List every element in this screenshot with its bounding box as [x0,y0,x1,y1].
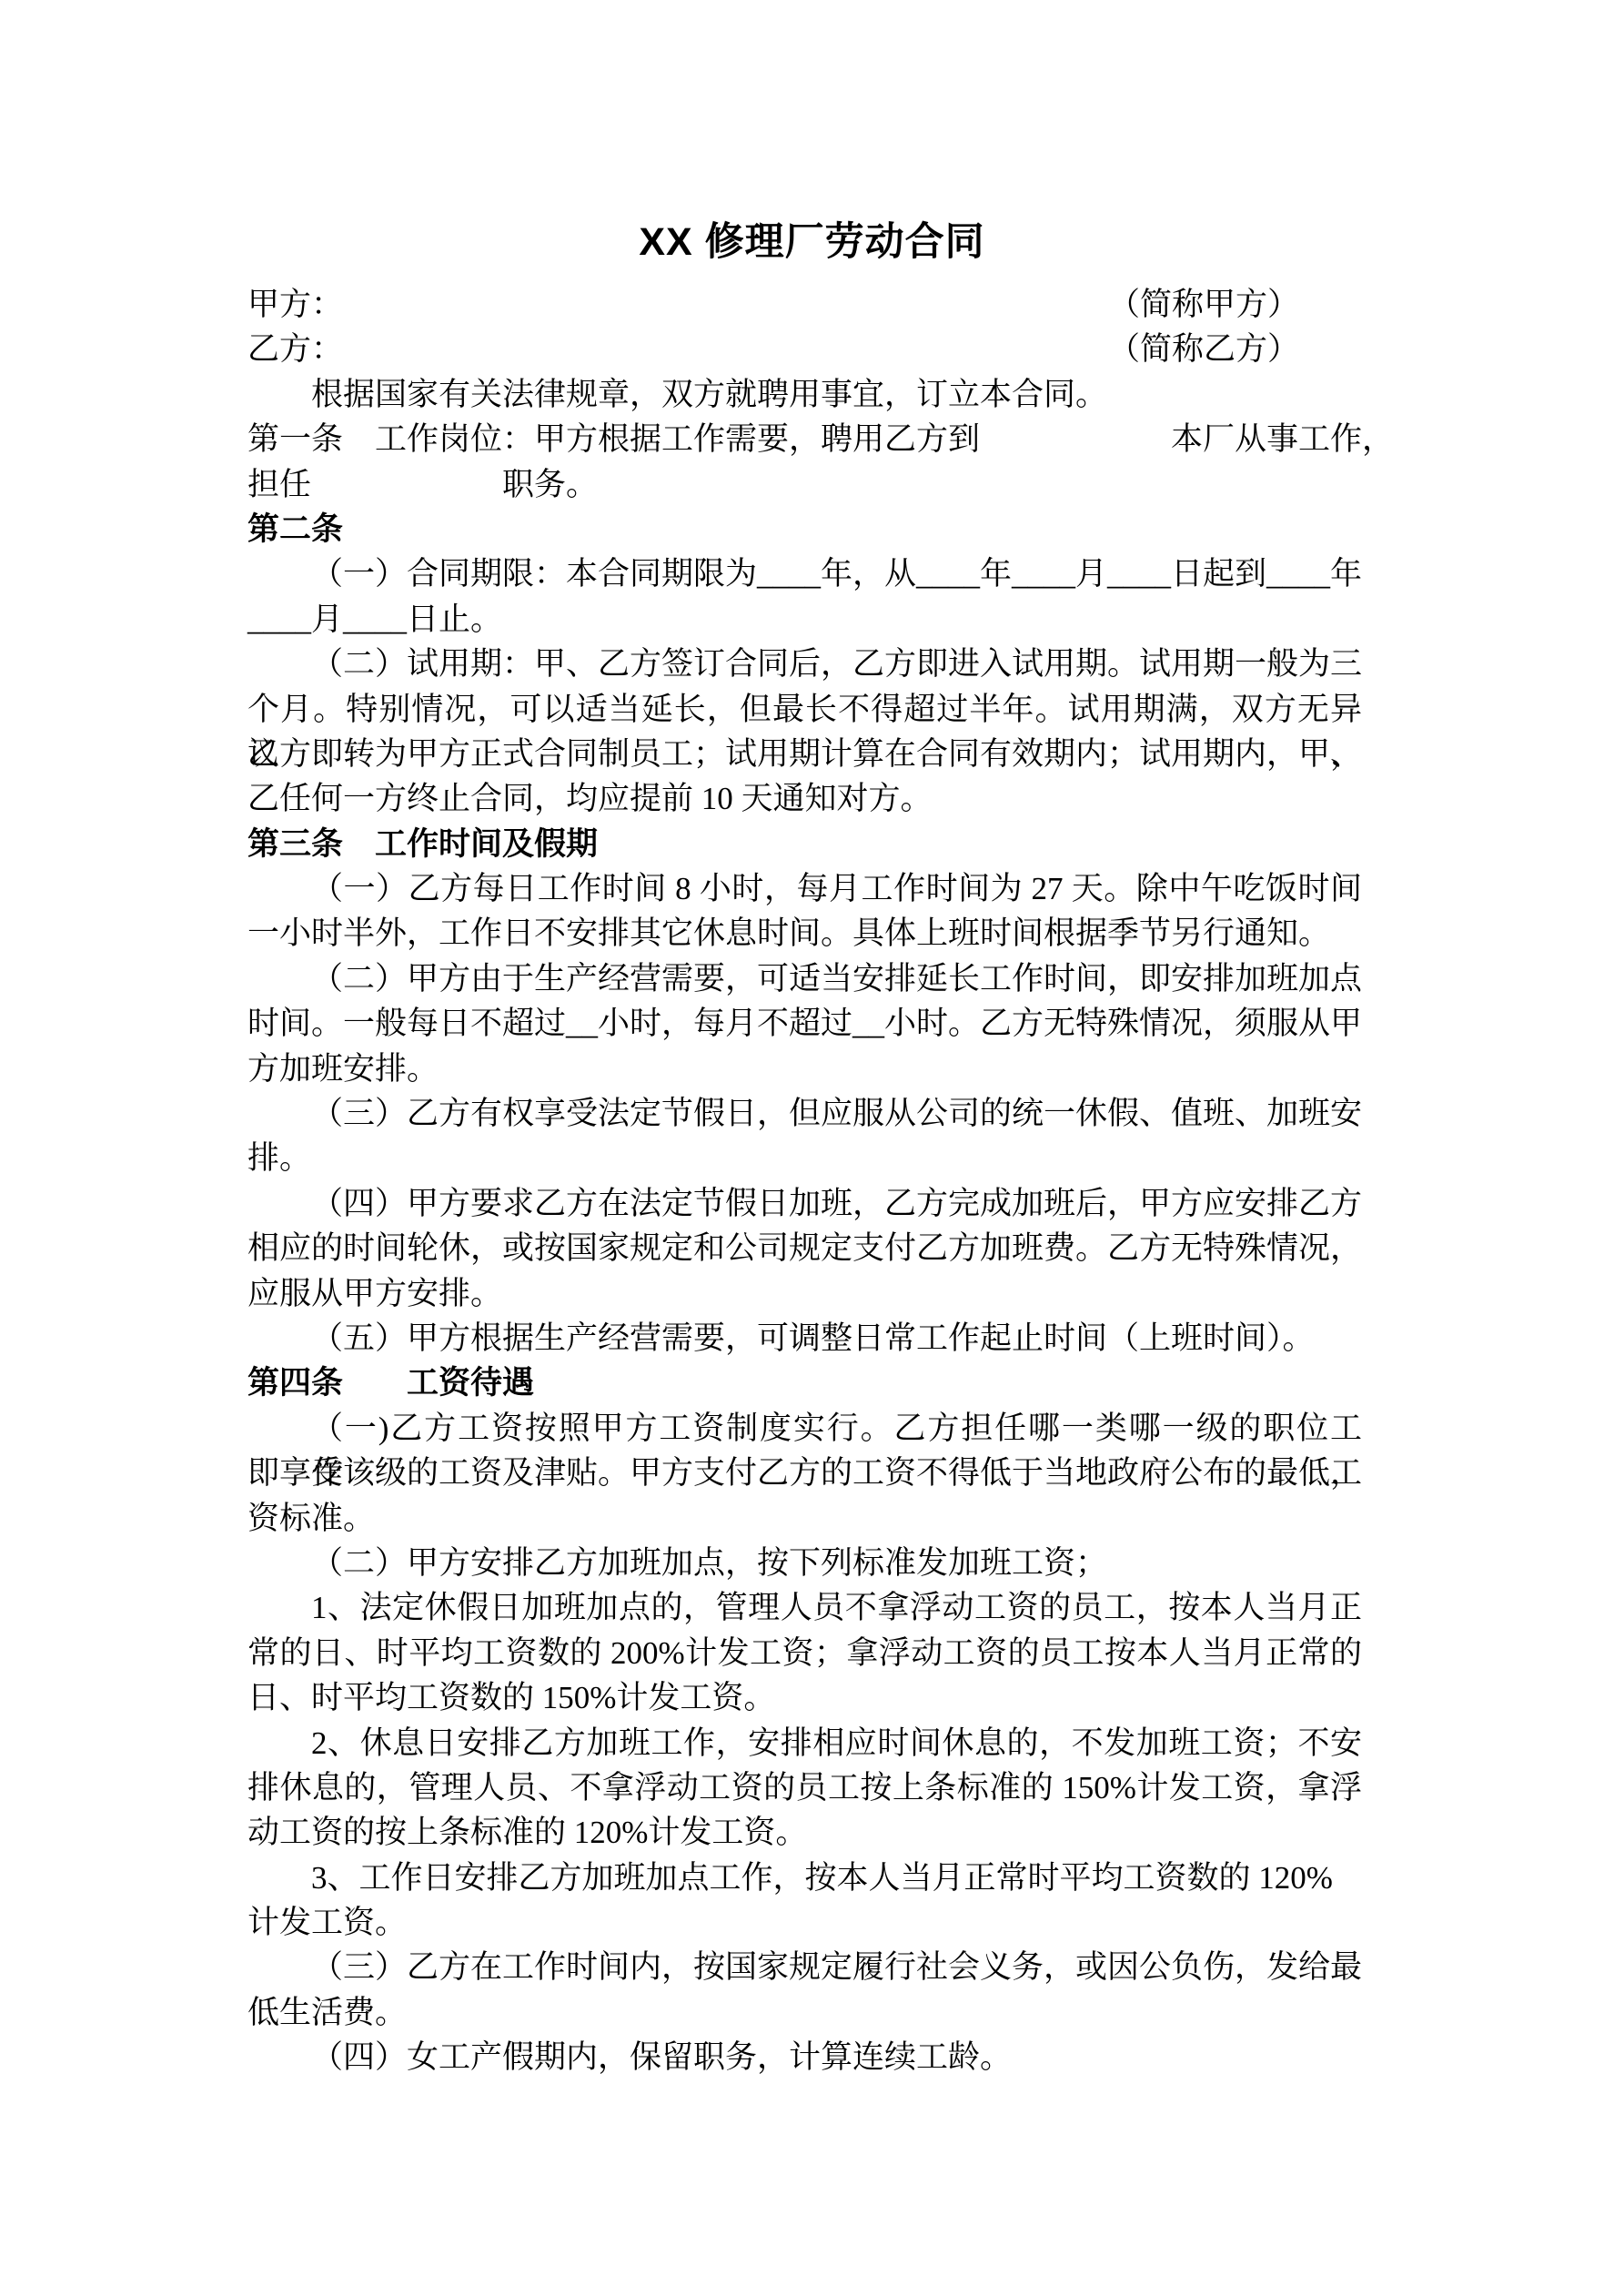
doc-line: 个月。特别情况，可以适当延长，但最长不得超过半年。试用期满，双方无异议， [247,687,1362,732]
doc-line: 相应的时间轮休，或按国家规定和公司规定支付乙方加班费。乙方无特殊情况， [247,1226,1362,1270]
doc-line: （二）甲方由于生产经营需要，可适当安排延长工作时间，即安排加班加点 [247,956,1362,1001]
doc-line-text: （一）乙方每日工作时间 8 小时，每月工作时间为 27 天。除中午吃饭时间 [311,871,1362,906]
doc-line-text: 担任 职务。 [247,467,598,502]
doc-line-text: （五）甲方根据生产经营需要，可调整日常工作起止时间（上班时间）。 [311,1320,1315,1356]
contract-page: XX 修理厂劳动合同 甲方：（简称甲方）乙方：（简称乙方）根据国家有关法律规章，… [0,0,1624,2296]
doc-line: 2、休息日安排乙方加班工作，安排相应时间休息的，不发加班工资；不安 [247,1721,1362,1765]
doc-line-text: 1、法定休假日加班加点的，管理人员不拿浮动工资的员工，按本人当月正 [311,1590,1362,1625]
doc-line-text: （二）甲方安排乙方加班加点，按下列标准发加班工资； [311,1545,1107,1581]
doc-line-text: 甲方： [247,287,343,322]
doc-line-text: 资标准。 [247,1501,375,1536]
doc-line-text: 计发工资。 [247,1905,407,1940]
doc-line: （二）甲方安排乙方加班加点，按下列标准发加班工资； [247,1541,1362,1585]
doc-line: 乙任何一方终止合同，均应提前 10 天通知对方。 [247,776,1362,821]
doc-line: ____月____日止。 [247,597,1362,642]
doc-line-text: 根据国家有关法律规章，双方就聘用事宜，订立本合同。 [311,377,1107,412]
doc-line: （一)乙方工资按照甲方工资制度实行。乙方担任哪一类哪一级的职位工作， [247,1406,1362,1451]
doc-line: 第二条 [247,507,1362,551]
doc-line: 计发工资。 [247,1900,1362,1945]
doc-line-text: （三）乙方在工作时间内，按国家规定履行社会义务，或因公负伤，发给最 [311,1949,1362,1985]
doc-line: （三）乙方有权享受法定节假日，但应服从公司的统一休假、值班、加班安 [247,1091,1362,1136]
doc-line-text: 日、时平均工资数的 150%计发工资。 [247,1680,775,1715]
doc-line-text: 低生活费。 [247,1995,407,2030]
doc-line: 常的日、时平均工资数的 200%计发工资；拿浮动工资的员工按本人当月正常的 [247,1631,1362,1675]
doc-line-text: 乙方即转为甲方正式合同制员工；试用期计算在合同有效期内；试用期内，甲、 [247,736,1362,772]
doc-line: 日、时平均工资数的 150%计发工资。 [247,1675,1362,1720]
doc-line: 第一条 工作岗位：甲方根据工作需要，聘用乙方到 本厂从事工作， [247,417,1362,461]
doc-line-text: （二）试用期：甲、乙方签订合同后，乙方即进入试用期。试用期一般为三 [311,646,1362,682]
doc-line-text: 相应的时间轮休，或按国家规定和公司规定支付乙方加班费。乙方无特殊情况， [247,1230,1362,1266]
doc-line-text: 第三条 工作时间及假期 [247,826,598,862]
doc-line-right-label: （简称乙方） [1108,327,1299,371]
doc-line: 即享受该级的工资及津贴。甲方支付乙方的工资不得低于当地政府公布的最低工 [247,1451,1362,1495]
doc-line: 方加班安排。 [247,1047,1362,1091]
doc-line: 排。 [247,1136,1362,1180]
doc-line: 1、法定休假日加班加点的，管理人员不拿浮动工资的员工，按本人当月正 [247,1585,1362,1630]
doc-line: 3、工作日安排乙方加班加点工作，按本人当月正常时平均工资数的 120% [247,1856,1362,1900]
doc-line-text: 应服从甲方安排。 [247,1276,502,1311]
doc-line-text: 一小时半外，工作日不安排其它休息时间。具体上班时间根据季节另行通知。 [247,915,1330,951]
doc-line-text: 动工资的按上条标准的 120%计发工资。 [247,1815,807,1850]
doc-line-text: 方加班安排。 [247,1051,439,1087]
doc-line-text: 第一条 工作岗位：甲方根据工作需要，聘用乙方到 本厂从事工作， [247,421,1394,457]
document-title: XX 修理厂劳动合同 [0,211,1624,267]
doc-line-text: 时间。一般每日不超过__小时，每月不超过__小时。乙方无特殊情况，须服从甲 [247,1006,1362,1041]
doc-line: 一小时半外，工作日不安排其它休息时间。具体上班时间根据季节另行通知。 [247,911,1362,956]
doc-line: （四）甲方要求乙方在法定节假日加班，乙方完成加班后，甲方应安排乙方 [247,1181,1362,1226]
doc-line: 根据国家有关法律规章，双方就聘用事宜，订立本合同。 [247,372,1362,417]
doc-line: 乙方：（简称乙方） [247,327,1362,371]
doc-line: 时间。一般每日不超过__小时，每月不超过__小时。乙方无特殊情况，须服从甲 [247,1001,1362,1046]
doc-line: 乙方即转为甲方正式合同制员工；试用期计算在合同有效期内；试用期内，甲、 [247,732,1362,776]
doc-line-text: 第四条 工资待遇 [247,1365,534,1401]
doc-line-text: （二）甲方由于生产经营需要，可适当安排延长工作时间，即安排加班加点 [311,961,1362,996]
doc-line-text: 乙任何一方终止合同，均应提前 10 天通知对方。 [247,781,933,816]
doc-line-text: 乙方： [247,331,343,367]
doc-line-text: 第二条 [247,511,343,547]
doc-line: （一）合同期限：本合同期限为____年，从____年____月____日起到__… [247,551,1362,596]
doc-line-text: 常的日、时平均工资数的 200%计发工资；拿浮动工资的员工按本人当月正常的 [247,1635,1362,1671]
doc-line-text: 即享受该级的工资及津贴。甲方支付乙方的工资不得低于当地政府公布的最低工 [247,1455,1362,1491]
doc-line-text: 排。 [247,1140,311,1176]
document-body: 甲方：（简称甲方）乙方：（简称乙方）根据国家有关法律规章，双方就聘用事宜，订立本… [247,282,1362,2080]
doc-line: 第三条 工作时间及假期 [247,822,1362,866]
doc-line-text: （四）甲方要求乙方在法定节假日加班，乙方完成加班后，甲方应安排乙方 [311,1186,1362,1221]
doc-line: （二）试用期：甲、乙方签订合同后，乙方即进入试用期。试用期一般为三 [247,642,1362,686]
doc-line-text: 2、休息日安排乙方加班工作，安排相应时间休息的，不发加班工资；不安 [311,1725,1362,1761]
doc-line: 动工资的按上条标准的 120%计发工资。 [247,1810,1362,1855]
doc-line: 资标准。 [247,1496,1362,1541]
doc-line: 应服从甲方安排。 [247,1271,1362,1316]
doc-line: 排休息的，管理人员、不拿浮动工资的员工按上条标准的 150%计发工资，拿浮 [247,1765,1362,1810]
doc-line-text: （三）乙方有权享受法定节假日，但应服从公司的统一休假、值班、加班安 [311,1096,1362,1131]
doc-line: （五）甲方根据生产经营需要，可调整日常工作起止时间（上班时间）。 [247,1316,1362,1360]
doc-line-text: 排休息的，管理人员、不拿浮动工资的员工按上条标准的 150%计发工资，拿浮 [247,1770,1362,1805]
doc-line-right-label: （简称甲方） [1108,282,1299,327]
doc-line-text: 3、工作日安排乙方加班加点工作，按本人当月正常时平均工资数的 120% [311,1860,1333,1896]
doc-line-text: ____月____日止。 [247,602,502,637]
doc-line: （四）女工产假期内，保留职务，计算连续工龄。 [247,2035,1362,2079]
doc-line-text: （四）女工产假期内，保留职务，计算连续工龄。 [311,2039,1012,2075]
doc-line-text: （一）合同期限：本合同期限为____年，从____年____月____日起到__… [311,556,1362,592]
doc-line: 甲方：（简称甲方） [247,282,1362,327]
doc-line: （一）乙方每日工作时间 8 小时，每月工作时间为 27 天。除中午吃饭时间 [247,866,1362,911]
doc-line: （三）乙方在工作时间内，按国家规定履行社会义务，或因公负伤，发给最 [247,1945,1362,1989]
doc-line: 低生活费。 [247,1990,1362,2035]
doc-line: 第四条 工资待遇 [247,1360,1362,1405]
doc-line: 担任 职务。 [247,462,1362,507]
